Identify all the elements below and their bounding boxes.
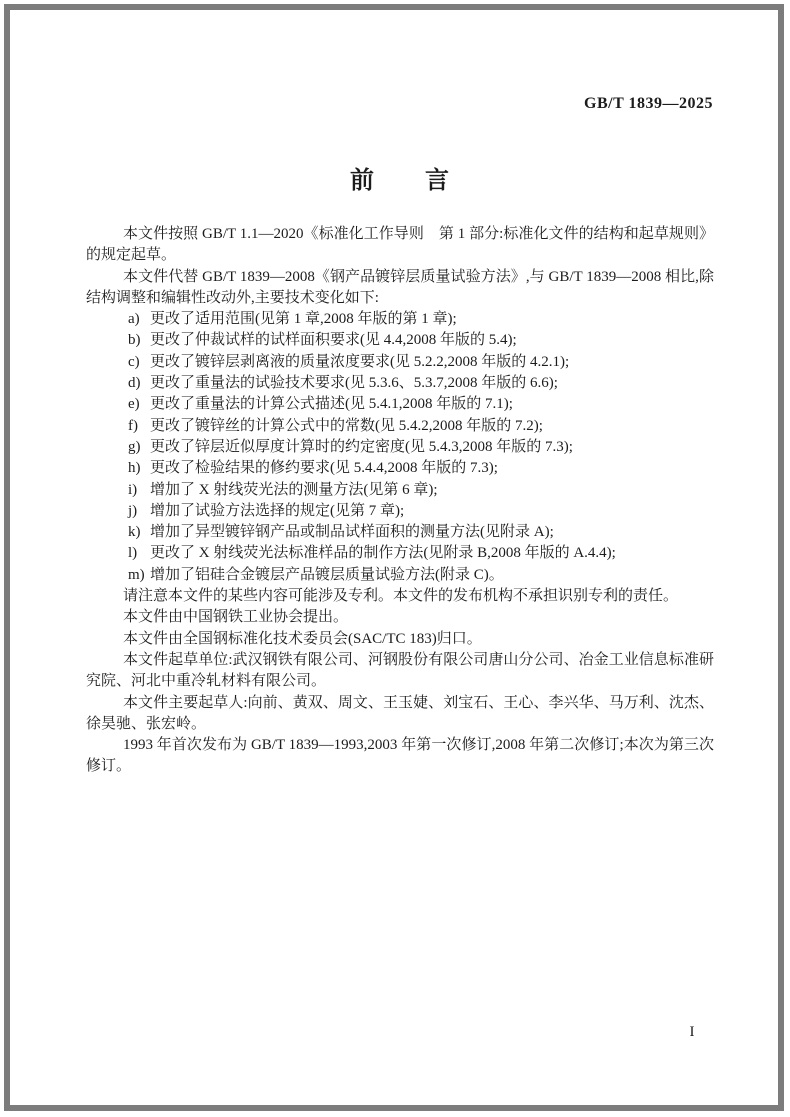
change-item-text: 更改了重量法的计算公式描述(见 5.4.1,2008 年版的 7.1); [150, 394, 714, 415]
change-item-text: 更改了镀锌丝的计算公式中的常数(见 5.4.2,2008 年版的 7.2); [150, 416, 714, 437]
change-item-text: 增加了异型镀锌钢产品或制品试样面积的测量方法(见附录 A); [150, 522, 714, 543]
change-item: k) 增加了异型镀锌钢产品或制品试样面积的测量方法(见附录 A); [128, 522, 714, 543]
change-item-label: e) [128, 394, 150, 415]
change-item: c) 更改了镀锌层剥离液的质量浓度要求(见 5.2.2,2008 年版的 4.2… [128, 352, 714, 373]
note-paragraph: 请注意本文件的某些内容可能涉及专利。本文件的发布机构不承担识别专利的责任。 [86, 586, 714, 607]
change-item-text: 更改了重量法的试验技术要求(见 5.3.6、5.3.7,2008 年版的 6.6… [150, 373, 714, 394]
change-item-text: 更改了仲裁试样的试样面积要求(见 4.4,2008 年版的 5.4); [150, 330, 714, 351]
change-item-label: f) [128, 416, 150, 437]
change-item-text: 更改了锌层近似厚度计算时的约定密度(见 5.4.3,2008 年版的 7.3); [150, 437, 714, 458]
change-item-text: 增加了铝硅合金镀层产品镀层质量试验方法(附录 C)。 [150, 565, 714, 586]
change-item-label: m) [128, 565, 150, 586]
change-item-text: 更改了适用范围(见第 1 章,2008 年版的第 1 章); [150, 309, 714, 330]
change-item: h) 更改了检验结果的修约要求(见 5.4.4,2008 年版的 7.3); [128, 458, 714, 479]
change-item-label: a) [128, 309, 150, 330]
note-paragraph: 本文件主要起草人:向前、黄双、周文、王玉婕、刘宝石、王心、李兴华、马万利、沈杰、… [86, 693, 714, 736]
page-number: I [665, 1024, 719, 1041]
change-item-label: g) [128, 437, 150, 458]
change-item-label: d) [128, 373, 150, 394]
note-paragraph: 本文件由全国钢标准化技术委员会(SAC/TC 183)归口。 [86, 629, 714, 650]
foreword-body: 本文件按照 GB/T 1.1—2020《标准化工作导则 第 1 部分:标准化文件… [86, 224, 714, 778]
change-item: f) 更改了镀锌丝的计算公式中的常数(见 5.4.2,2008 年版的 7.2)… [128, 416, 714, 437]
change-item-label: h) [128, 458, 150, 479]
change-item: j) 增加了试验方法选择的规定(见第 7 章); [128, 501, 714, 522]
change-item-text: 增加了 X 射线荧光法的测量方法(见第 6 章); [150, 480, 714, 501]
change-item: i) 增加了 X 射线荧光法的测量方法(见第 6 章); [128, 480, 714, 501]
change-item-label: i) [128, 480, 150, 501]
note-paragraph: 本文件由中国钢铁工业协会提出。 [86, 607, 714, 628]
change-item-label: k) [128, 522, 150, 543]
change-item: l) 更改了 X 射线荧光法标准样品的制作方法(见附录 B,2008 年版的 A… [128, 543, 714, 564]
change-item-label: j) [128, 501, 150, 522]
note-paragraph: 1993 年首次发布为 GB/T 1839—1993,2003 年第一次修订,2… [86, 735, 714, 778]
change-item: e) 更改了重量法的计算公式描述(见 5.4.1,2008 年版的 7.1); [128, 394, 714, 415]
change-item: m) 增加了铝硅合金镀层产品镀层质量试验方法(附录 C)。 [128, 565, 714, 586]
change-item-label: l) [128, 543, 150, 564]
document-page: GB/T 1839—2025 前 言 本文件按照 GB/T 1.1—2020《标… [0, 0, 790, 1117]
change-item: a) 更改了适用范围(见第 1 章,2008 年版的第 1 章); [128, 309, 714, 330]
note-paragraph: 本文件起草单位:武汉钢铁有限公司、河钢股份有限公司唐山分公司、冶金工业信息标准研… [86, 650, 714, 693]
intro-paragraph: 本文件代替 GB/T 1839—2008《钢产品镀锌层质量试验方法》,与 GB/… [86, 267, 714, 310]
change-item: d) 更改了重量法的试验技术要求(见 5.3.6、5.3.7,2008 年版的 … [128, 373, 714, 394]
change-item-label: b) [128, 330, 150, 351]
page-title: 前 言 [86, 160, 714, 195]
change-item: g) 更改了锌层近似厚度计算时的约定密度(见 5.4.3,2008 年版的 7.… [128, 437, 714, 458]
standard-number: GB/T 1839—2025 [584, 95, 713, 113]
change-item-label: c) [128, 352, 150, 373]
change-item-text: 更改了检验结果的修约要求(见 5.4.4,2008 年版的 7.3); [150, 458, 714, 479]
change-item-text: 更改了镀锌层剥离液的质量浓度要求(见 5.2.2,2008 年版的 4.2.1)… [150, 352, 714, 373]
change-item: b) 更改了仲裁试样的试样面积要求(见 4.4,2008 年版的 5.4); [128, 330, 714, 351]
change-item-text: 更改了 X 射线荧光法标准样品的制作方法(见附录 B,2008 年版的 A.4.… [150, 543, 714, 564]
change-item-text: 增加了试验方法选择的规定(见第 7 章); [150, 501, 714, 522]
intro-paragraph: 本文件按照 GB/T 1.1—2020《标准化工作导则 第 1 部分:标准化文件… [86, 224, 714, 267]
